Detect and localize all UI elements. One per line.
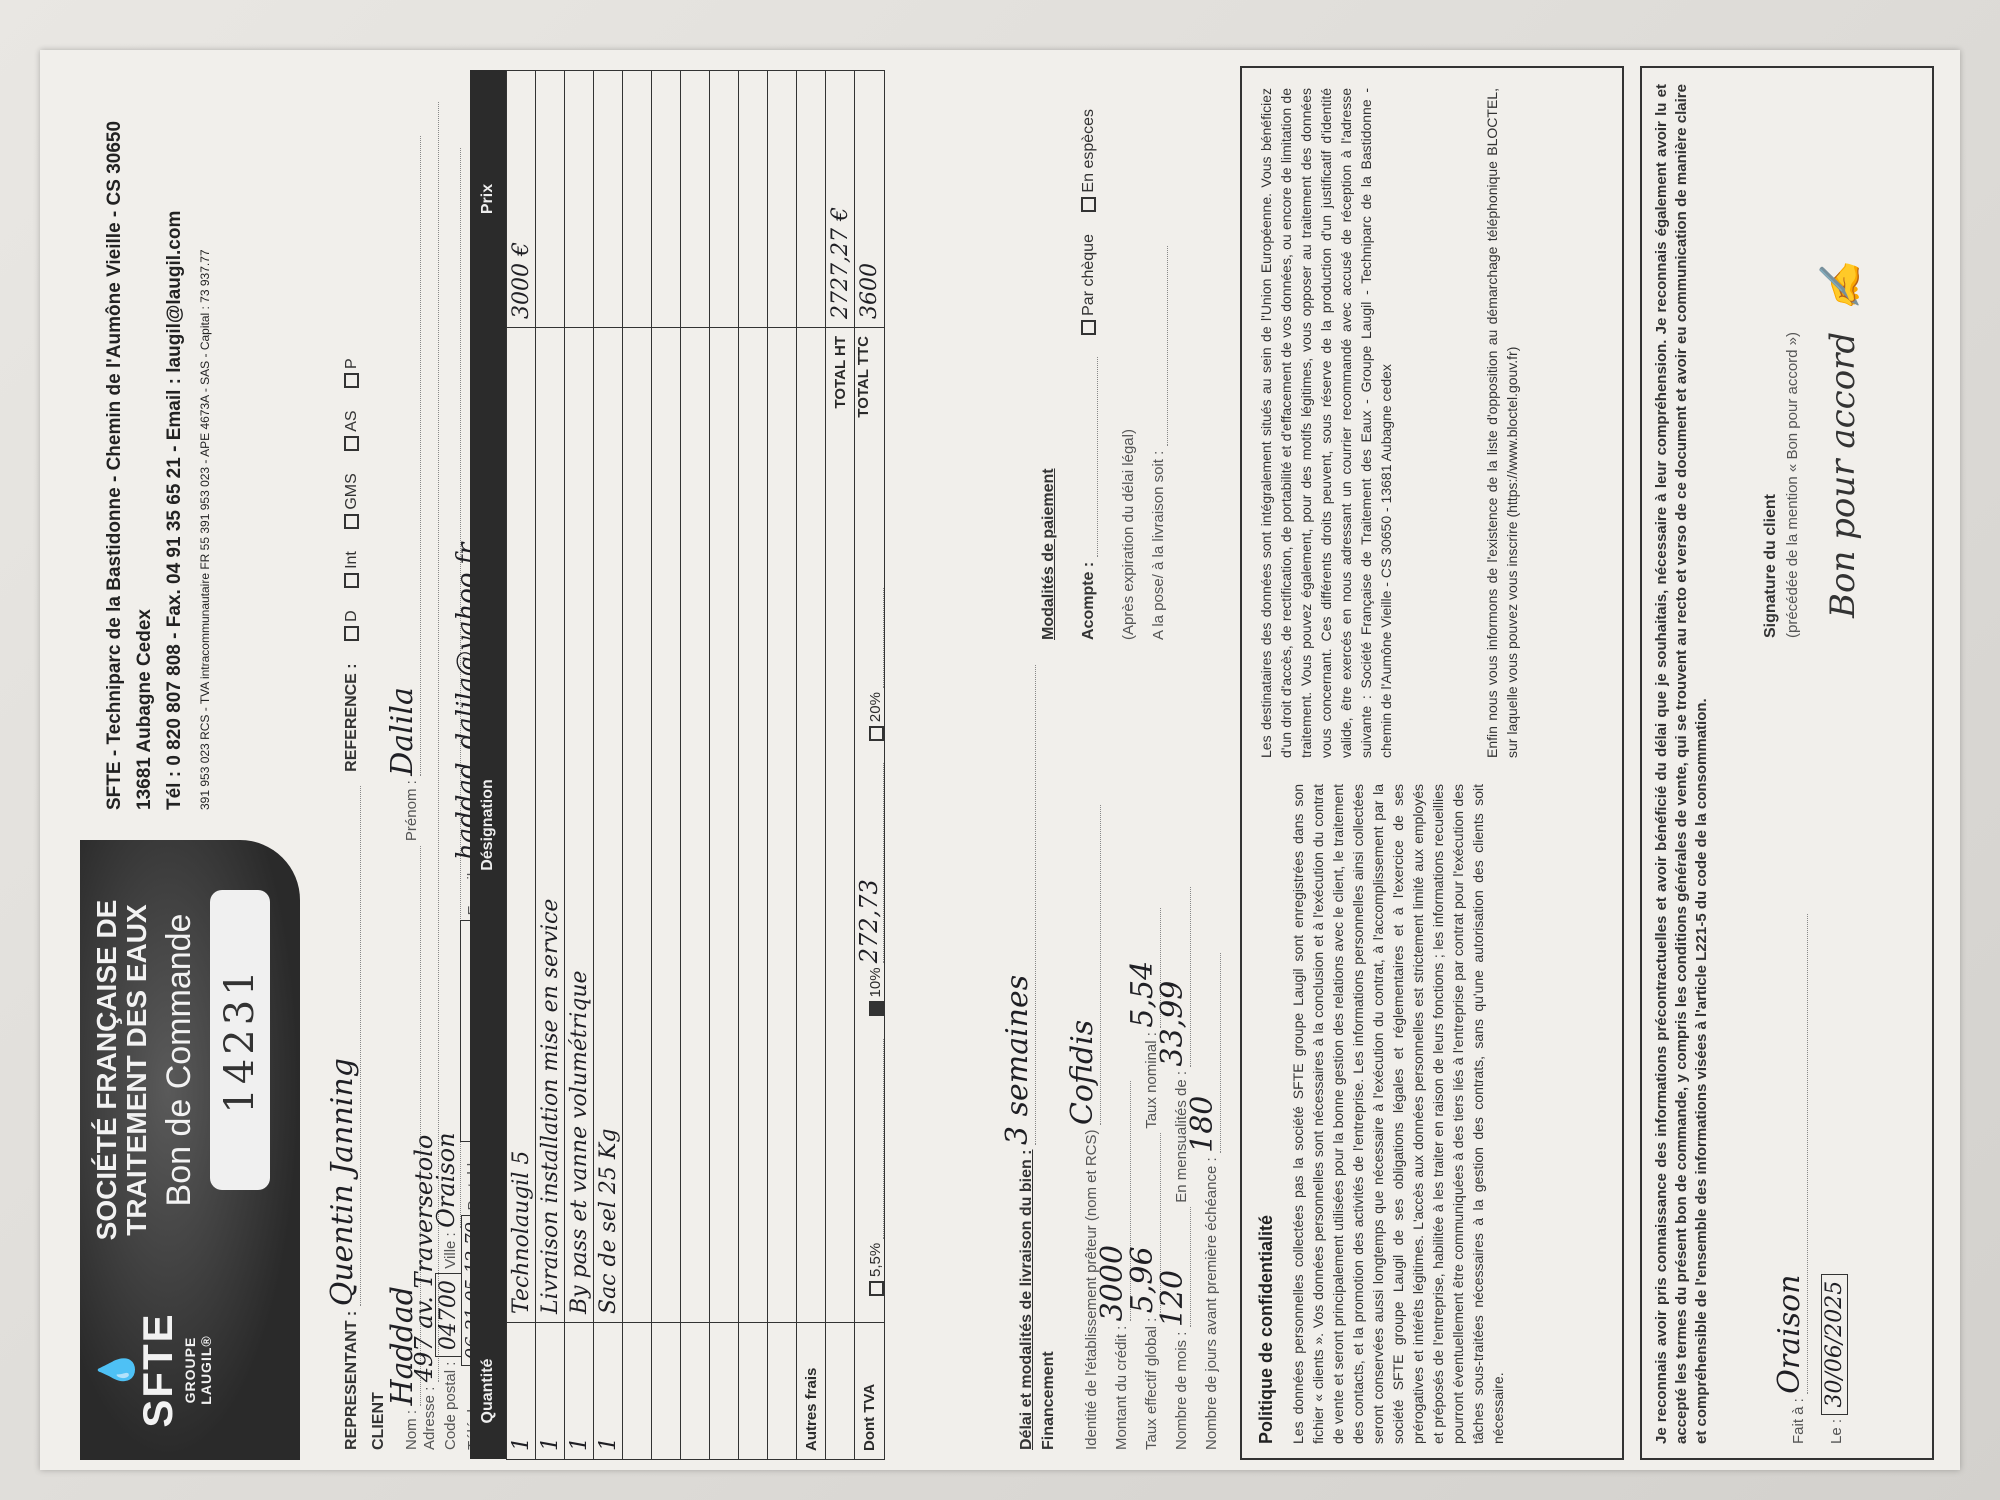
tva-row: Dont TVA 5,5% 10% 272,73 20% TOTAL TTC 3… [855,71,885,1460]
jours-label: Nombre de jours avant première échéance … [1203,1157,1220,1450]
items-table: Quantité Désignation Prix 1Technolaugil … [470,70,885,1460]
acknowledgment-text: Je reconnais avoir pris connaissance des… [1652,84,1712,1444]
designation-cell[interactable]: Technolaugil 5 [507,328,536,1323]
livraison-label: Délai et modalités de livraison du bien … [1018,1149,1035,1450]
price-cell[interactable] [623,71,652,328]
table-row [710,71,739,1460]
designation-cell[interactable]: By pass et vanne volumétrique [565,328,594,1323]
table-row: 1Sac de sel 25 Kg [594,71,623,1460]
privacy-title: Politique de confidentialité [1256,1215,1277,1444]
jours-row: Nombre de jours avant première échéance … [1185,953,1221,1450]
logo-group: GROUPE LAUGIL® [182,1300,214,1440]
table-row [652,71,681,1460]
jours-field[interactable]: 180 [1185,953,1221,1153]
logo-text: SFTE [134,1300,182,1440]
price-cell[interactable] [652,71,681,328]
tva-20-field[interactable] [883,588,884,688]
reference-options: D Int GMS AS P [343,358,360,659]
price-cell[interactable] [768,71,797,328]
signature-area[interactable]: Bon pour accord ✍ [1817,261,1864,618]
representant-label: REPRESENTANT : [343,1311,360,1450]
qty-cell[interactable]: 1 [565,1323,594,1460]
legal-line: 391 953 023 RCS - TVA intracommunautaire… [190,121,220,810]
autres-frais-row: Autres frais [797,71,826,1460]
privacy-text-col1: Les données personnelles collectées pas … [1288,784,1508,1444]
acompte-field[interactable] [1097,357,1098,557]
price-cell[interactable]: 3000 € [507,71,536,328]
en-especes-checkbox[interactable] [1081,197,1096,212]
water-drop-icon: 💧 [100,1300,134,1440]
price-cell[interactable] [536,71,565,328]
total-ttc-label: TOTAL TTC [855,336,872,418]
contact-line: Tél : 0 820 807 808 - Fax. 04 91 35 65 2… [160,121,190,810]
header-banner: 💧 SFTE GROUPE LAUGIL® SOCIÉTÉ FRANÇAISE … [80,840,300,1460]
tva-option-label: 20% [867,692,884,722]
signature-title: Signature du client [1762,494,1780,638]
par-cheque-label: Par chèque [1080,234,1097,316]
qty-cell[interactable]: 1 [594,1323,623,1460]
qty-cell[interactable] [652,1323,681,1460]
designation-cell[interactable] [739,328,768,1323]
dont-tva-label: Dont TVA [855,1323,885,1460]
company-name-line1: SOCIÉTÉ FRANÇAISE DE [92,860,122,1280]
reference-checkbox-d[interactable] [344,626,359,641]
fait-a-field[interactable]: Oraison [1772,914,1808,1394]
reference-option-label: GMS [343,473,360,509]
qty-cell[interactable] [768,1323,797,1460]
designation-cell[interactable] [710,328,739,1323]
company-name-line2: TRAITEMENT DES EAUX [122,860,152,1280]
designation-cell[interactable] [652,328,681,1323]
reference-label: REFERENCE : [343,663,360,771]
en-especes-label: En espèces [1080,109,1097,193]
fait-a-row: Fait à : Oraison [1772,914,1808,1444]
livraison-field[interactable]: 3 semaines [1000,665,1036,1145]
fait-a-label: Fait à : [1790,1398,1807,1444]
table-row [623,71,652,1460]
livraison-row: Délai et modalités de livraison du bien … [1000,665,1036,1450]
total-ht-row: TOTAL HT2727,27 € [826,71,855,1460]
tva-options: 5,5% 10% 272,73 20% TOTAL TTC [855,328,885,1323]
pose-row: A la pose/ à la livraison soit : [1150,246,1168,640]
privacy-box: Politique de confidentialité Les données… [1240,66,1624,1460]
designation-cell[interactable]: Livraison installation mise en service [536,328,565,1323]
reference-option-label: P [343,358,360,369]
header-designation: Désignation [470,328,507,1323]
reference-checkbox-int[interactable] [344,573,359,588]
total-ttc-value[interactable]: 3600 [855,71,885,328]
table-header: Quantité Désignation Prix [470,71,507,1460]
company-info: SFTE - Techniparc de la Bastidonne - Che… [100,121,220,810]
reference-checkbox-p[interactable] [344,373,359,388]
paiement-title: Modalités de paiement [1040,468,1058,640]
header-prix: Prix [470,71,507,328]
price-cell[interactable] [681,71,710,328]
tva-5-5-checkbox[interactable] [869,1281,884,1296]
privacy-bloctel-text: Enfin nous vous informons de l'existence… [1482,88,1522,758]
table-row [681,71,710,1460]
sfte-logo: 💧 SFTE GROUPE LAUGIL® [100,1300,280,1440]
address-line2: 13681 Aubagne Cedex [130,121,160,810]
table-row [768,71,797,1460]
date-field[interactable]: 30/06/2025 [1821,1274,1848,1415]
designation-cell[interactable]: Sac de sel 25 Kg [594,328,623,1323]
tva-option-label: 10% [867,967,884,997]
reference-option-label: AS [343,410,360,431]
designation-cell[interactable] [768,328,797,1323]
order-number: 14231 [210,890,270,1190]
autres-frais-price[interactable] [797,71,826,328]
tva-option-label: 5,5% [867,1243,884,1277]
tva-10-checkbox[interactable] [869,1001,884,1016]
designation-cell[interactable] [681,328,710,1323]
qty-cell[interactable] [623,1323,652,1460]
date-row: Le : 30/06/2025 [1822,1274,1847,1444]
price-cell[interactable] [739,71,768,328]
reference-option-label: Int [343,551,360,569]
acompte-row: Acompte : Par chèque En espèces [1080,109,1098,640]
order-form-page: 💧 SFTE GROUPE LAUGIL® SOCIÉTÉ FRANÇAISE … [40,50,1960,1470]
table-row [739,71,768,1460]
company-name: SOCIÉTÉ FRANÇAISE DE TRAITEMENT DES EAUX [92,860,152,1280]
autres-frais-cell[interactable] [797,328,826,1323]
qty-cell[interactable]: 1 [507,1323,536,1460]
pose-label: A la pose/ à la livraison soit : [1150,451,1167,640]
price-cell[interactable] [565,71,594,328]
price-cell[interactable] [594,71,623,328]
total-ht-value[interactable]: 2727,27 € [826,71,855,328]
representant-field[interactable]: Quentin Janning [325,786,361,1306]
preteur-field[interactable]: Cofidis [1065,805,1101,1125]
le-label: Le : [1828,1419,1845,1444]
form-title: Bon de Commande [160,860,199,1260]
acompte-label: Acompte : [1080,562,1097,640]
signature-scribble-icon: ✍ [1818,261,1864,311]
reference-option-label: D [343,610,360,622]
apres-label: (Après expiration du délai légal) [1120,429,1137,640]
par-cheque-checkbox[interactable] [1081,320,1096,335]
tva-10-field[interactable]: 272,73 [855,763,884,963]
representant-row: REPRESENTANT : Quentin Janning REFERENCE… [325,358,361,1450]
qty-cell[interactable] [710,1323,739,1460]
tva-5-5-field[interactable] [883,1039,884,1239]
tva-20-checkbox[interactable] [869,726,884,741]
autres-frais-label: Autres frais [797,1323,826,1460]
table-row: 1Livraison installation mise en service [536,71,565,1460]
financement-title: Financement [1040,1351,1058,1450]
qty-cell[interactable] [739,1323,768,1460]
pose-field[interactable] [1167,246,1168,446]
reference-checkbox-as[interactable] [344,436,359,451]
total-ht-label: TOTAL HT [826,328,855,1323]
reference-checkbox-gms[interactable] [344,514,359,529]
acknowledgment-box: Je reconnais avoir pris connaissance des… [1640,66,1934,1460]
qty-cell[interactable] [681,1323,710,1460]
signature-hint: (précédée de la mention « Bon pour accor… [1784,332,1801,638]
table-row: 1By pass et vanne volumétrique [565,71,594,1460]
designation-cell[interactable] [623,328,652,1323]
table-row: 1Technolaugil 53000 € [507,71,536,1460]
address-line1: SFTE - Techniparc de la Bastidonne - Che… [100,121,130,810]
signature-mention: Bon pour accord [1823,332,1863,618]
qty-cell[interactable]: 1 [536,1323,565,1460]
price-cell[interactable] [710,71,739,328]
privacy-text-col2: Les destinataires des données sont intég… [1256,88,1396,758]
header-quantite: Quantité [470,1323,507,1460]
